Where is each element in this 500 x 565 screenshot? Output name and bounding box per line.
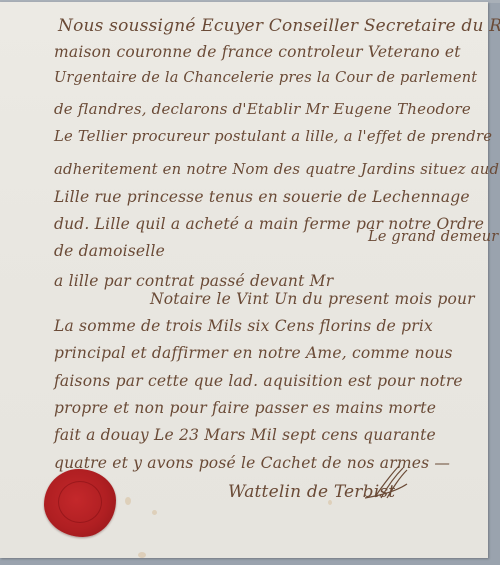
text-line-12: Notaire le Vint Un du present mois pour xyxy=(150,290,475,308)
text-line-7: Lille rue princesse tenus en souerie de … xyxy=(54,188,470,206)
text-line-2: maison couronne de france controleur Vet… xyxy=(54,43,461,61)
document-page: Nous soussigné Ecuyer Conseiller Secreta… xyxy=(0,2,488,558)
wax-seal xyxy=(44,469,116,537)
text-line-9: Le grand demeur xyxy=(368,229,498,245)
text-line-10: de damoiselle xyxy=(54,242,165,260)
signature-flourish-icon xyxy=(355,462,415,502)
text-line-11: a lille par contrat passé devant Mr xyxy=(54,272,333,290)
text-line-4: de flandres, declarons d'Etablir Mr Euge… xyxy=(54,100,471,118)
text-line-3: Urgentaire de la Chancelerie pres la Cou… xyxy=(54,70,477,86)
text-line-17: fait a douay Le 23 Mars Mil sept cens qu… xyxy=(54,426,436,444)
paper-stain xyxy=(125,497,131,505)
paper-stain xyxy=(152,510,157,515)
text-line-1: Nous soussigné Ecuyer Conseiller Secreta… xyxy=(58,16,500,36)
text-line-14: principal et daffirmer en notre Ame, com… xyxy=(54,344,453,362)
text-line-15: faisons par cette que lad. aquisition es… xyxy=(54,372,463,390)
text-line-6: adheritement en notre Nom des quatre Jar… xyxy=(54,161,500,178)
paper-stain xyxy=(328,500,332,505)
paper-stain xyxy=(138,552,146,558)
text-line-5: Le Tellier procureur postulant a lille, … xyxy=(54,128,492,145)
text-line-13: La somme de trois Mils six Cens florins … xyxy=(54,317,433,335)
text-line-16: propre et non pour faire passer es mains… xyxy=(54,399,436,417)
